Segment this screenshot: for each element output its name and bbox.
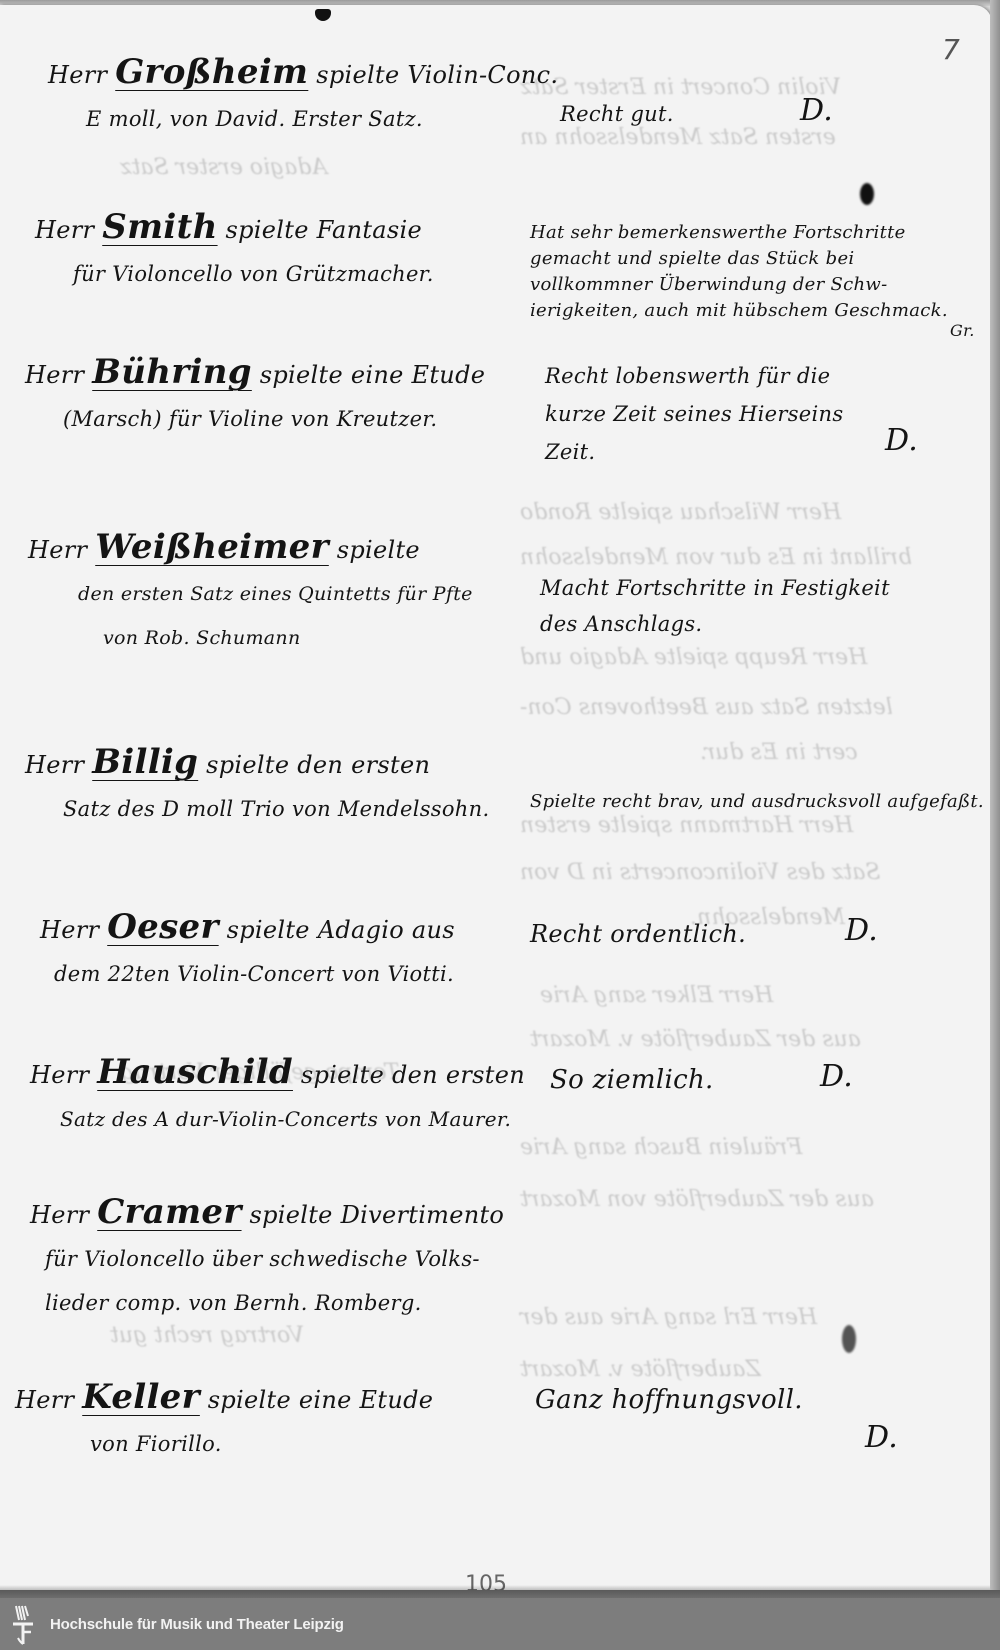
bleed-through-text: Herr Wilschau spielte Rondo xyxy=(520,500,841,525)
comment-billig: Spielte recht brav, und ausdrucksvoll au… xyxy=(530,785,984,819)
entry-hauschild: Herr Hauschild spielte den ersten Satz d… xyxy=(30,1050,525,1141)
hmt-logo-icon xyxy=(10,1602,36,1646)
bleed-through-text: brillant in Es dur von Mendelssohn xyxy=(520,545,912,570)
page-number-top: 7 xyxy=(942,33,960,66)
bleed-through-text: Fräulein Busch sang Arie xyxy=(520,1135,803,1160)
comment-line: Macht Fortschritte in Festigkeit xyxy=(540,570,890,606)
performer-name: Bühring xyxy=(92,352,252,392)
entry-piece: spielte Fantasie xyxy=(226,216,422,244)
performer-name: Cramer xyxy=(97,1192,241,1232)
entry-detail: den ersten Satz eines Quintetts für Pfte xyxy=(28,572,473,616)
manuscript-page: Violin Concert in Erster Satz ersten Sat… xyxy=(0,5,992,1593)
comment-line: Recht ordentlich. xyxy=(530,917,746,951)
entry-prefix: Herr xyxy=(28,536,87,564)
bleed-through-text: Herr Erl sang Arie aus der xyxy=(520,1305,817,1330)
performer-name: Weißheimer xyxy=(95,527,329,567)
performer-name: Smith xyxy=(102,207,217,247)
manuscript-scan: Violin Concert in Erster Satz ersten Sat… xyxy=(0,0,1000,1598)
entry-detail: für Violoncello von Grützmacher. xyxy=(35,252,434,296)
entry-piece: spielte Adagio aus xyxy=(227,916,455,944)
entry-piece: spielte Violin-Conc. xyxy=(316,61,558,89)
entry-oeser: Herr Oeser spielte Adagio aus dem 22ten … xyxy=(40,905,455,996)
entry-keller: Herr Keller spielte eine Etude von Fiori… xyxy=(15,1375,433,1466)
performer-name: Keller xyxy=(82,1377,200,1417)
entry-detail: von Rob. Schumann xyxy=(28,616,473,660)
examiner-signature: Gr. xyxy=(950,321,975,340)
entry-piece: spielte eine Etude xyxy=(208,1386,433,1414)
comment-line: Recht lobenswerth für die xyxy=(545,357,843,395)
bleed-through-text: aus der Zauberflöte von Mozart xyxy=(520,1187,874,1212)
entry-detail: (Marsch) für Violine von Kreutzer. xyxy=(25,397,485,441)
comment-line: Hat sehr bemerkenswerthe Fortschritte xyxy=(530,220,948,246)
comment-line: Spielte recht brav, und ausdrucksvoll au… xyxy=(530,785,984,819)
institution-footer-bar: Hochschule für Musik und Theater Leipzig xyxy=(0,1598,1000,1650)
entry-detail: Satz des A dur-Violin-Concerts von Maure… xyxy=(30,1097,525,1141)
entry-detail: für Violoncello über schwedische Volks- xyxy=(30,1237,504,1281)
entry-detail: dem 22ten Violin-Concert von Viotti. xyxy=(40,952,455,996)
comment-oeser: Recht ordentlich. xyxy=(530,917,746,951)
entry-detail: Satz des D moll Trio von Mendelssohn. xyxy=(25,787,489,831)
entry-prefix: Herr xyxy=(25,751,84,779)
performer-name: Billig xyxy=(92,742,198,782)
examiner-signature: D. xyxy=(865,1420,898,1455)
entry-piece: spielte den ersten xyxy=(301,1061,525,1089)
entry-prefix: Herr xyxy=(25,361,84,389)
entry-prefix: Herr xyxy=(30,1201,89,1229)
ink-mark xyxy=(315,9,331,21)
comment-line: So ziemlich. xyxy=(550,1063,714,1097)
entry-detail: lieder comp. von Bernh. Romberg. xyxy=(30,1281,504,1325)
comment-smith: Hat sehr bemerkenswerthe Fortschritte ge… xyxy=(530,220,948,324)
examiner-signature: D. xyxy=(820,1059,853,1094)
bleed-through-text: Adagio erster Satz xyxy=(120,155,327,180)
comment-line: Zeit. xyxy=(545,433,843,471)
entry-piece: spielte xyxy=(337,536,420,564)
bleed-through-text: aus der Zauberflöte v. Mozart xyxy=(530,1027,861,1052)
entry-prefix: Herr xyxy=(40,916,99,944)
entry-cramer: Herr Cramer spielte Divertimento für Vio… xyxy=(30,1190,504,1325)
comment-line: Recht gut. xyxy=(560,97,674,131)
bleed-through-text: Herr Reupp spielte Adagio und xyxy=(520,645,867,670)
bleed-through-text: Herr Elker sang Arie xyxy=(540,983,773,1008)
entry-piece: spielte Divertimento xyxy=(249,1201,504,1229)
performer-name: Hauschild xyxy=(97,1052,293,1092)
entry-weissheimer: Herr Weißheimer spielte den ersten Satz … xyxy=(28,525,473,660)
entry-prefix: Herr xyxy=(48,61,107,89)
entry-piece: spielte den ersten xyxy=(206,751,430,779)
institution-name: Hochschule für Musik und Theater Leipzig xyxy=(50,1616,344,1633)
comment-hauschild: So ziemlich. xyxy=(550,1063,714,1097)
bleed-through-text: Satz des Violinconcerts in D von xyxy=(520,860,880,885)
comment-line: vollkommner Überwindung der Schw- xyxy=(530,272,948,298)
performer-name: Großheim xyxy=(115,52,308,92)
bleed-through-text: letzten Satz aus Beethovens Con- xyxy=(520,695,893,720)
examiner-signature: D. xyxy=(845,913,878,948)
ink-blot xyxy=(842,1325,856,1353)
comment-line: des Anschlags. xyxy=(540,606,890,642)
comment-line: kurze Zeit seines Hierseins xyxy=(545,395,843,433)
entry-piece: spielte eine Etude xyxy=(260,361,485,389)
entry-prefix: Herr xyxy=(30,1061,89,1089)
entry-detail: E moll, von David. Erster Satz. xyxy=(48,97,558,141)
ink-blot xyxy=(860,183,874,205)
comment-keller: Ganz hoffnungsvoll. xyxy=(535,1383,803,1417)
entry-prefix: Herr xyxy=(35,216,94,244)
comment-line: ierigkeiten, auch mit hübschem Geschmack… xyxy=(530,298,948,324)
comment-buehring: Recht lobenswerth für die kurze Zeit sei… xyxy=(545,357,843,471)
examiner-signature: D. xyxy=(885,423,918,458)
comment-line: Ganz hoffnungsvoll. xyxy=(535,1383,803,1417)
comment-weissheimer: Macht Fortschritte in Festigkeit des Ans… xyxy=(540,570,890,642)
examiner-signature: D. xyxy=(800,93,833,128)
scan-right-edge xyxy=(990,0,1000,1598)
entry-grossheim: Herr Großheim spielte Violin-Conc. E mol… xyxy=(48,50,558,141)
entry-detail: von Fiorillo. xyxy=(15,1422,433,1466)
entry-billig: Herr Billig spielte den ersten Satz des … xyxy=(25,740,489,831)
entry-prefix: Herr xyxy=(15,1386,74,1414)
bleed-through-text: Vortrag recht gut xyxy=(110,1323,304,1348)
bleed-through-text: Zauberflöte v. Mozart xyxy=(520,1357,761,1382)
scan-bottom-edge xyxy=(0,1590,1000,1598)
entry-smith: Herr Smith spielte Fantasie für Violonce… xyxy=(35,205,434,296)
bleed-through-text: cert in Es dur. xyxy=(700,740,858,765)
comment-line: gemacht und spielte das Stück bei xyxy=(530,246,948,272)
performer-name: Oeser xyxy=(107,907,218,947)
entry-buehring: Herr Bühring spielte eine Etude (Marsch)… xyxy=(25,350,485,441)
comment-grossheim: Recht gut. xyxy=(560,97,674,131)
